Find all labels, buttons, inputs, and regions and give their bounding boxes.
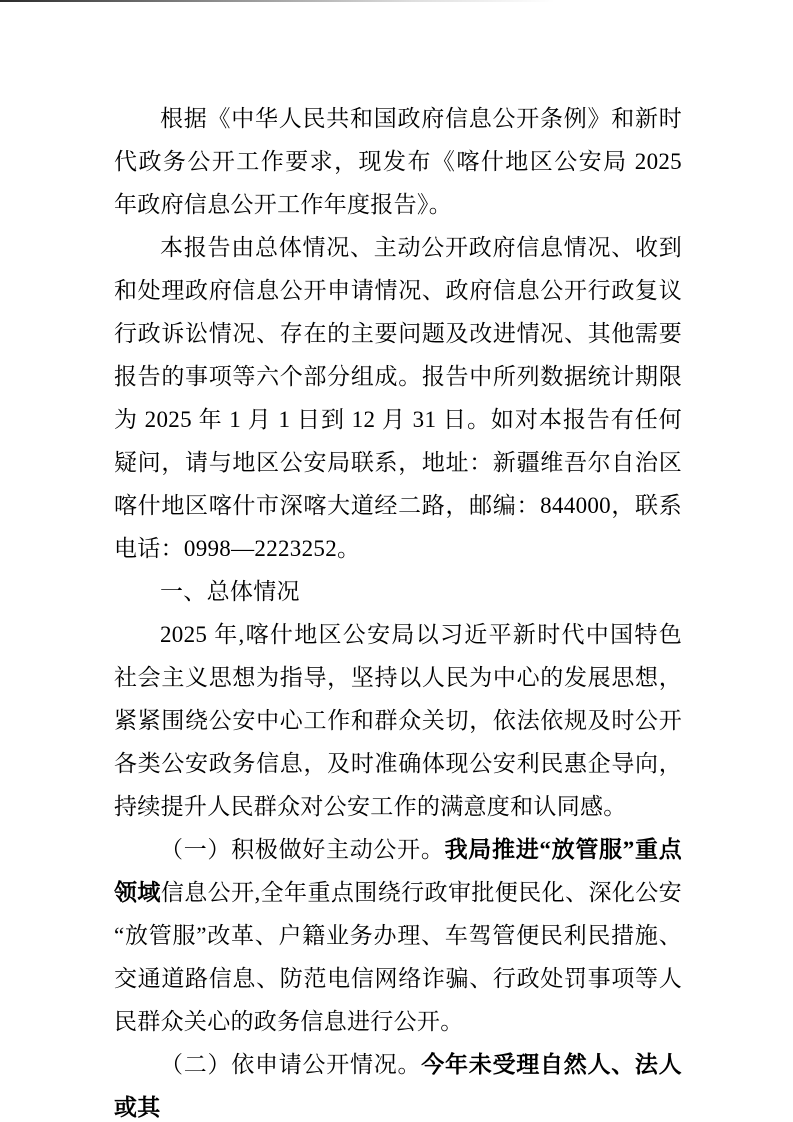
section-1-heading-text: 一、总体情况 (160, 579, 300, 604)
report-structure-paragraph: 本报告由总体情况、主动公开政府信息情况、收到和处理政府信息公开申请情况、政府信息… (114, 226, 682, 570)
item-1-subheading-text: （一）积极做好主动公开。 (160, 837, 445, 862)
section-1-overview-paragraph: 2025 年,喀什地区公安局以习近平新时代中国特色社会主义思想为指导，坚持以人民… (114, 613, 682, 828)
document-page: 根据《中华人民共和国政府信息公开条例》和新时代政务公开工作要求，现发布《喀什地区… (0, 0, 793, 1122)
report-structure-text: 本报告由总体情况、主动公开政府信息情况、收到和处理政府信息公开申请情况、政府信息… (114, 235, 682, 561)
intro-text: 根据《中华人民共和国政府信息公开条例》和新时代政务公开工作要求，现发布《喀什地区… (114, 106, 682, 217)
item-1-paragraph: （一）积极做好主动公开。我局推进“放管服”重点领域信息公开,全年重点围绕行政审批… (114, 828, 682, 1043)
section-1-heading: 一、总体情况 (114, 570, 682, 613)
page-top-edge (0, 0, 793, 2)
section-1-overview-text: 2025 年,喀什地区公安局以习近平新时代中国特色社会主义思想为指导，坚持以人民… (114, 622, 682, 819)
item-2-paragraph: （二）依申请公开情况。今年未受理自然人、法人或其 (114, 1043, 682, 1122)
item-2-subheading-text: （二）依申请公开情况。 (160, 1052, 421, 1077)
intro-paragraph: 根据《中华人民共和国政府信息公开条例》和新时代政务公开工作要求，现发布《喀什地区… (114, 97, 682, 226)
document-body: 根据《中华人民共和国政府信息公开条例》和新时代政务公开工作要求，现发布《喀什地区… (114, 97, 682, 1122)
item-1-body-text: 信息公开,全年重点围绕行政审批便民化、深化公安“放管服”改革、户籍业务办理、车驾… (114, 880, 682, 1034)
